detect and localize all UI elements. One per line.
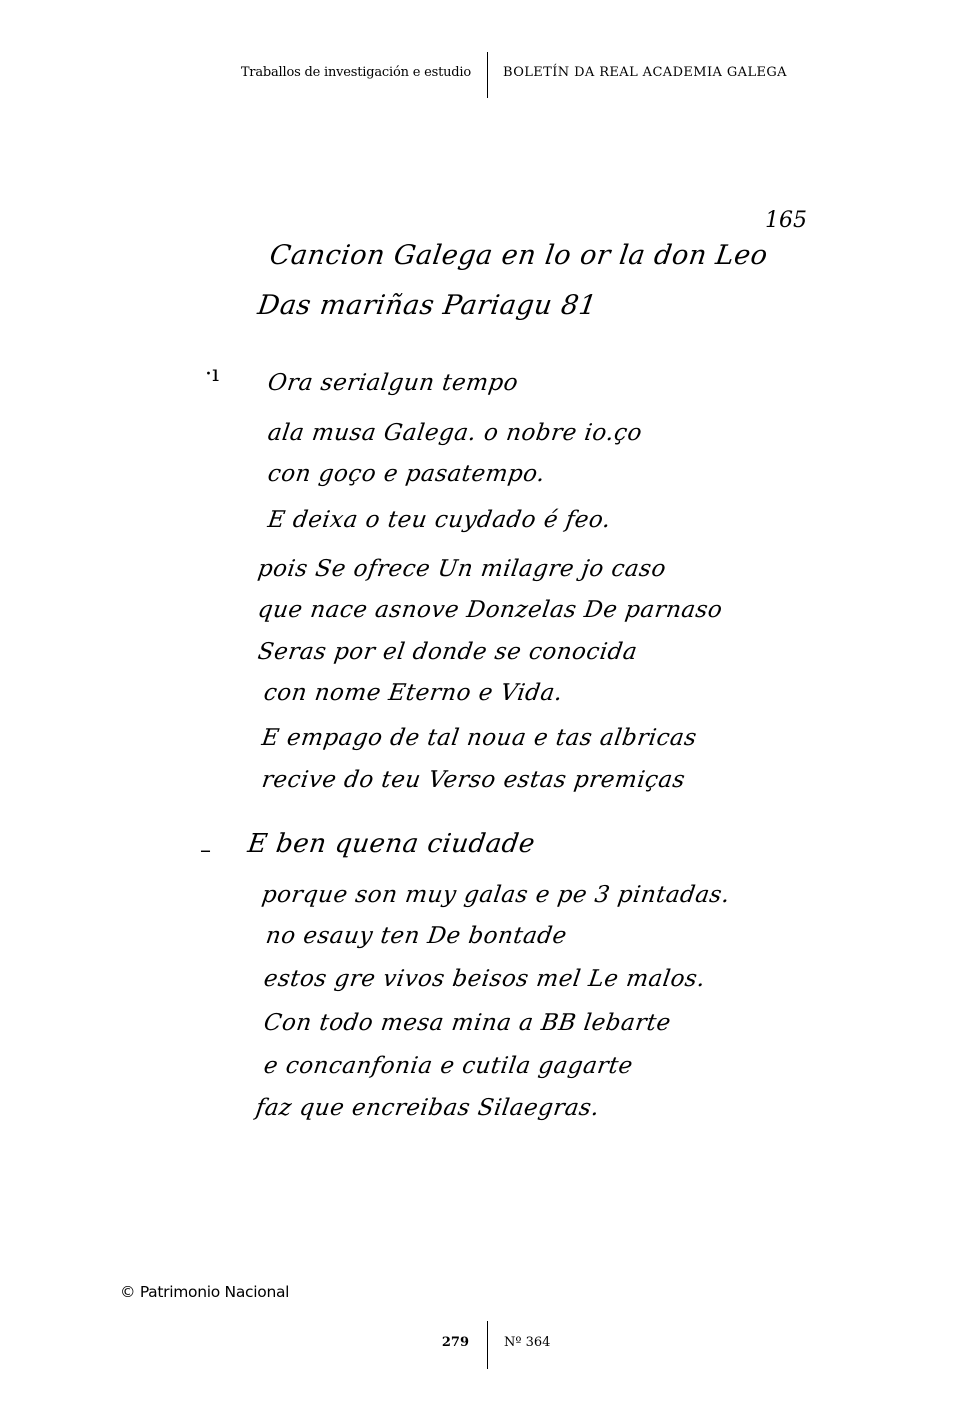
verse-line: ala musa Galega. o nobre io.ço — [266, 420, 644, 446]
verse-line: e concanfonia e cutila gagarte — [262, 1053, 634, 1079]
verse-line: faz que encreibas Silaegras. — [254, 1095, 601, 1121]
footer-divider — [487, 1321, 488, 1369]
issue-number: Nº 364 — [504, 1335, 550, 1350]
title-line-2: Das mariñas Pariagu 81 — [256, 290, 599, 321]
verse-line: con nome Eterno e Vida. — [262, 680, 564, 706]
verse-line: E deixa o teu cuydado é feo. — [266, 507, 612, 533]
verse-line: Seras por el donde se conocida — [256, 639, 639, 665]
verse-line: E ben quena ciudade — [246, 829, 537, 859]
page-number: 279 — [442, 1335, 469, 1350]
verse-line: estos gre vivos beisos mel Le malos. — [262, 966, 707, 992]
verse-line: porque son muy galas e pe 3 pintadas. — [260, 882, 731, 908]
verse-line: E empago de tal noua e tas albricas — [260, 725, 698, 751]
title-line-1: Cancion Galega en lo or la don Leo — [268, 240, 770, 271]
verse-line: Con todo mesa mina a BB lebarte — [262, 1010, 672, 1036]
margin-mark-1: ·ı — [205, 362, 219, 387]
margin-mark-2: – — [200, 838, 211, 863]
manuscript-scan: 165 Cancion Galega en lo or la don Leo D… — [0, 0, 975, 1417]
folio-number: 165 — [765, 208, 807, 233]
verse-line: recive do teu Verso estas premiças — [260, 767, 687, 793]
verse-line: con goço e pasatempo. — [266, 461, 547, 487]
verse-line: que nace asnove Donzelas De parnaso — [256, 597, 724, 623]
verse-line: pois Se ofrece Un milagre jo caso — [256, 556, 668, 582]
verse-line: Ora serialgun tempo — [266, 370, 520, 396]
page-footer: 279 Nº 364 — [0, 1321, 975, 1369]
verse-line: no esauy ten De bontade — [264, 923, 568, 949]
image-credit: © Patrimonio Nacional — [120, 1283, 289, 1301]
